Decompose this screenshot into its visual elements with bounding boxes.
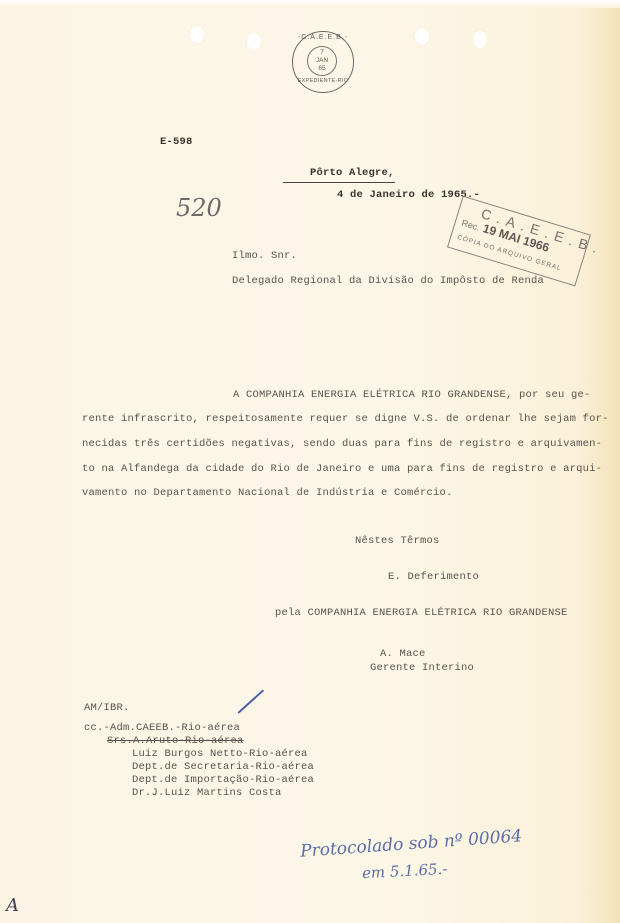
document-reference: E-598 bbox=[160, 136, 193, 148]
stamp-year: 65 bbox=[308, 65, 336, 73]
margin-initials: A bbox=[6, 895, 19, 916]
signatory-title: Gerente Interino bbox=[370, 662, 474, 674]
signatory-company: pela COMPANHIA ENERGIA ELÉTRICA RIO GRAN… bbox=[275, 607, 568, 619]
place: Pôrto Alegre, bbox=[310, 167, 395, 179]
body-line: rente infrascrito, respeitosamente reque… bbox=[82, 413, 609, 425]
closing-terms: Nêstes Têrmos bbox=[355, 535, 440, 547]
cc-line: cc.-Adm.CAEEB.-Rio-aérea bbox=[84, 722, 240, 734]
punch-hole bbox=[190, 26, 204, 43]
signatory-name: A. Mace bbox=[380, 648, 426, 660]
place-underline bbox=[283, 182, 395, 183]
stamp-ring-bottom: EXPEDIENTE-RIO bbox=[293, 78, 353, 84]
handwritten-protocol-date: em 5.1.65.- bbox=[362, 860, 448, 882]
date: 4 de Janeiro de 1965.- bbox=[337, 189, 480, 201]
typist-initials: AM/IBR. bbox=[84, 702, 130, 714]
cc-line: Luiz Burgos Netto-Rio-aérea bbox=[132, 748, 308, 760]
body-line: necidas três certidões negativas, sendo … bbox=[82, 438, 602, 450]
handwritten-number: 520 bbox=[176, 194, 222, 222]
paper-top-edge bbox=[0, 0, 620, 8]
round-receipt-stamp: -C.A.E.E.B.- 7 JAN 65 EXPEDIENTE-RIO bbox=[292, 31, 354, 93]
punch-hole bbox=[473, 31, 487, 48]
stamp-ring-top: -C.A.E.E.B.- bbox=[293, 34, 353, 41]
body-line: vamento no Departamento Nacional de Indú… bbox=[82, 487, 453, 499]
stamp-day: 7 bbox=[308, 49, 336, 57]
closing-deferimento: E. Deferimento bbox=[388, 571, 479, 583]
salutation: Ilmo. Snr. bbox=[232, 250, 297, 262]
cc-line: Dept.de Importação-Rio-aérea bbox=[132, 774, 314, 786]
archive-copy-stamp: C.A.E.E.B. Rec. 19 MAI 1966 CÓPIA DO ARQ… bbox=[447, 196, 591, 287]
cc-line: Dept.de Secretaria-Rio-aérea bbox=[132, 761, 314, 773]
stamp-month: JAN bbox=[308, 57, 336, 65]
body-line: to na Alfandega da cidade do Rio de Jane… bbox=[82, 463, 602, 475]
cc-line: Dr.J.Luiz Martins Costa bbox=[132, 787, 282, 799]
addressee: Delegado Regional da Divisão do Impôsto … bbox=[232, 275, 544, 287]
punch-hole bbox=[247, 33, 261, 50]
stamp-date: 7 JAN 65 bbox=[307, 46, 337, 76]
document-page: -C.A.E.E.B.- 7 JAN 65 EXPEDIENTE-RIO E-5… bbox=[0, 0, 620, 923]
punch-hole bbox=[415, 28, 429, 45]
cc-line-struck: Srs.A.Aruto-Rio-aérea bbox=[107, 735, 244, 747]
check-mark bbox=[237, 689, 263, 713]
stamp-rec-label: Rec. bbox=[460, 218, 481, 233]
body-line: A COMPANHIA ENERGIA ELÉTRICA RIO GRANDEN… bbox=[233, 389, 591, 401]
handwritten-protocol-note: Protocolado sob nº 00064 bbox=[300, 826, 523, 861]
